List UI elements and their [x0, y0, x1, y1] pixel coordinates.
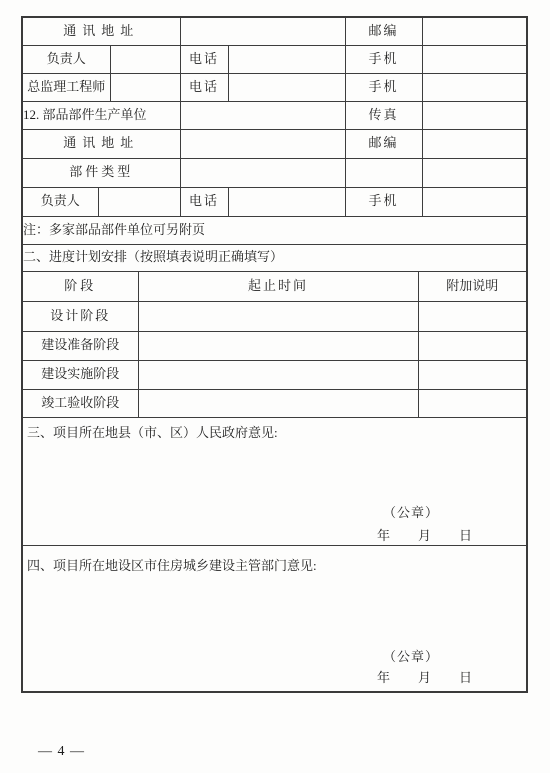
table-row: 三、项目所在地县（市、区）人民政府意见: （公章） 年 月 日	[22, 417, 527, 545]
chief-engineer-mobile-label: 手机	[345, 73, 422, 101]
component-type-label: 部件类型	[22, 158, 180, 187]
county-date-line: 年 月 日	[377, 528, 472, 544]
stage-acceptance-timespan-cell	[138, 389, 418, 417]
county-day-label: 日	[459, 528, 472, 544]
chief-engineer-phone-label: 电话	[180, 73, 228, 101]
stage-preparation-label: 建设准备阶段	[22, 331, 138, 360]
page-number: — 4 —	[38, 744, 85, 760]
table-row: 设计阶段	[22, 301, 527, 331]
supervision-address-label: 通讯地址	[22, 17, 180, 45]
component-mobile-label: 手机	[345, 187, 422, 216]
table-row: 通讯地址 邮编	[22, 17, 527, 45]
table-row: 12. 部品部件生产单位 传真	[22, 101, 527, 129]
component-unit-section-label: 12. 部品部件生产单位	[22, 101, 180, 129]
stage-implementation-remarks-cell	[418, 360, 527, 389]
stage-acceptance-label: 竣工验收阶段	[22, 389, 138, 417]
stage-implementation-timespan-cell	[138, 360, 418, 389]
chief-engineer-value-cell	[110, 73, 180, 101]
stage-acceptance-remarks-cell	[418, 389, 527, 417]
stage-preparation-remarks-cell	[418, 331, 527, 360]
municipal-opinion-block: 四、项目所在地设区市住房城乡建设主管部门意见: （公章） 年 月 日	[23, 546, 526, 691]
component-principal-label: 负责人	[22, 187, 98, 216]
municipal-opinion-title: 四、项目所在地设区市住房城乡建设主管部门意见:	[27, 558, 317, 574]
component-postal-label: 邮编	[345, 129, 422, 158]
table-row: 部件类型	[22, 158, 527, 187]
municipal-seal-placeholder: （公章）	[383, 649, 439, 665]
component-unit-name-value-cell	[180, 101, 345, 129]
municipal-day-label: 日	[459, 670, 472, 686]
stage-design-remarks-cell	[418, 301, 527, 331]
table-row: 注：多家部品部件单位可另附页	[22, 216, 527, 244]
chief-engineer-phone-value-cell	[228, 73, 345, 101]
component-type-extra-cell-1	[345, 158, 422, 187]
table-row: 建设实施阶段	[22, 360, 527, 389]
county-opinion-cell: 三、项目所在地县（市、区）人民政府意见: （公章） 年 月 日	[22, 417, 527, 545]
county-opinion-block: 三、项目所在地县（市、区）人民政府意见: （公章） 年 月 日	[23, 418, 526, 545]
schedule-header-stage: 阶段	[22, 271, 138, 301]
table-row: 四、项目所在地设区市住房城乡建设主管部门意见: （公章） 年 月 日	[22, 545, 527, 692]
schedule-header-timespan: 起止时间	[138, 271, 418, 301]
municipal-year-label: 年	[377, 670, 390, 686]
table-row: 通讯地址 邮编	[22, 129, 527, 158]
component-postal-value-cell	[422, 129, 527, 158]
component-type-extra-cell-2	[422, 158, 527, 187]
supervision-phone-label: 电话	[180, 45, 228, 73]
chief-engineer-mobile-value-cell	[422, 73, 527, 101]
table-row: 建设准备阶段	[22, 331, 527, 360]
county-month-label: 月	[418, 528, 431, 544]
schedule-header-remarks: 附加说明	[418, 271, 527, 301]
supervision-mobile-label: 手机	[345, 45, 422, 73]
component-address-label: 通讯地址	[22, 129, 180, 158]
form-page: 通讯地址 邮编 负责人 电话 手机 总监理工程师 电话 手机 12. 部品部件生…	[0, 0, 550, 773]
component-phone-value-cell	[228, 187, 345, 216]
county-seal-placeholder: （公章）	[383, 505, 439, 521]
supervision-principal-value-cell	[110, 45, 180, 73]
component-type-value-cell	[180, 158, 345, 187]
table-row: 阶段 起止时间 附加说明	[22, 271, 527, 301]
component-phone-label: 电话	[180, 187, 228, 216]
stage-design-timespan-cell	[138, 301, 418, 331]
schedule-section-title: 二、进度计划安排（按照填表说明正确填写）	[22, 244, 527, 271]
stage-preparation-timespan-cell	[138, 331, 418, 360]
component-fax-label: 传真	[345, 101, 422, 129]
table-row: 负责人 电话 手机	[22, 187, 527, 216]
municipal-month-label: 月	[418, 670, 431, 686]
component-note: 注：多家部品部件单位可另附页	[22, 216, 527, 244]
chief-engineer-label: 总监理工程师	[22, 73, 110, 101]
county-opinion-title: 三、项目所在地县（市、区）人民政府意见:	[27, 425, 278, 441]
application-form-table: 通讯地址 邮编 负责人 电话 手机 总监理工程师 电话 手机 12. 部品部件生…	[21, 16, 528, 693]
table-row: 负责人 电话 手机	[22, 45, 527, 73]
table-row: 总监理工程师 电话 手机	[22, 73, 527, 101]
supervision-phone-value-cell	[228, 45, 345, 73]
stage-design-label: 设计阶段	[22, 301, 138, 331]
supervision-postal-label: 邮编	[345, 17, 422, 45]
supervision-postal-value-cell	[422, 17, 527, 45]
supervision-address-value-cell	[180, 17, 345, 45]
table-row: 竣工验收阶段	[22, 389, 527, 417]
component-principal-value-cell	[98, 187, 180, 216]
supervision-mobile-value-cell	[422, 45, 527, 73]
component-fax-value-cell	[422, 101, 527, 129]
municipal-opinion-cell: 四、项目所在地设区市住房城乡建设主管部门意见: （公章） 年 月 日	[22, 545, 527, 692]
component-mobile-value-cell	[422, 187, 527, 216]
component-address-value-cell	[180, 129, 345, 158]
municipal-date-line: 年 月 日	[377, 670, 472, 686]
stage-implementation-label: 建设实施阶段	[22, 360, 138, 389]
county-year-label: 年	[377, 528, 390, 544]
table-row: 二、进度计划安排（按照填表说明正确填写）	[22, 244, 527, 271]
supervision-principal-label: 负责人	[22, 45, 110, 73]
